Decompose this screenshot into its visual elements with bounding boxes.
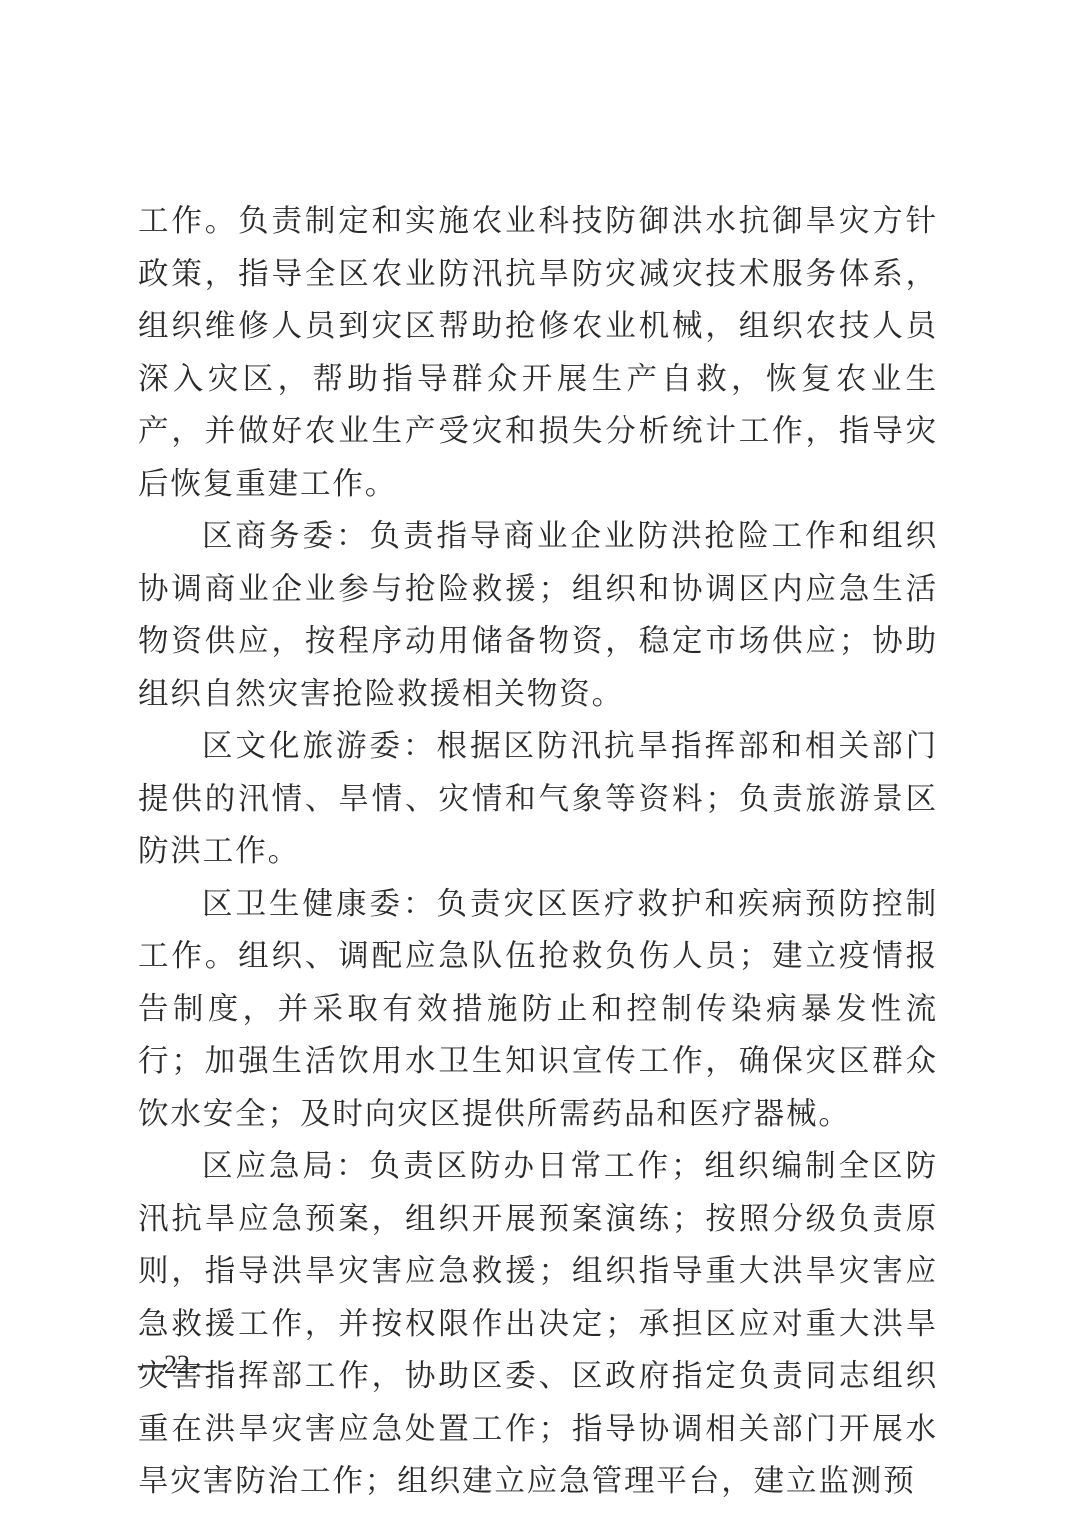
paragraph-health-committee: 区卫生健康委：负责灾区医疗救护和疾病预防控制工作。组织、调配应急队伍抢救负伤人员…: [138, 879, 938, 1142]
paragraph-commerce-committee: 区商务委：负责指导商业企业防洪抢险工作和组织协调商业企业参与抢险救援；组织和协调…: [138, 511, 938, 721]
page-number: —22—: [138, 1350, 216, 1380]
document-body: 工作。负责制定和实施农业科技防御洪水抗御旱灾方针政策，指导全区农业防汛抗旱防灾减…: [138, 196, 938, 1509]
paragraph-agriculture-continued: 工作。负责制定和实施农业科技防御洪水抗御旱灾方针政策，指导全区农业防汛抗旱防灾减…: [138, 196, 938, 511]
paragraph-culture-tourism-committee: 区文化旅游委：根据区防汛抗旱指挥部和相关部门提供的汛情、旱情、灾情和气象等资料；…: [138, 721, 938, 879]
paragraph-emergency-bureau: 区应急局：负责区防办日常工作；组织编制全区防汛抗旱应急预案，组织开展预案演练；按…: [138, 1141, 938, 1509]
